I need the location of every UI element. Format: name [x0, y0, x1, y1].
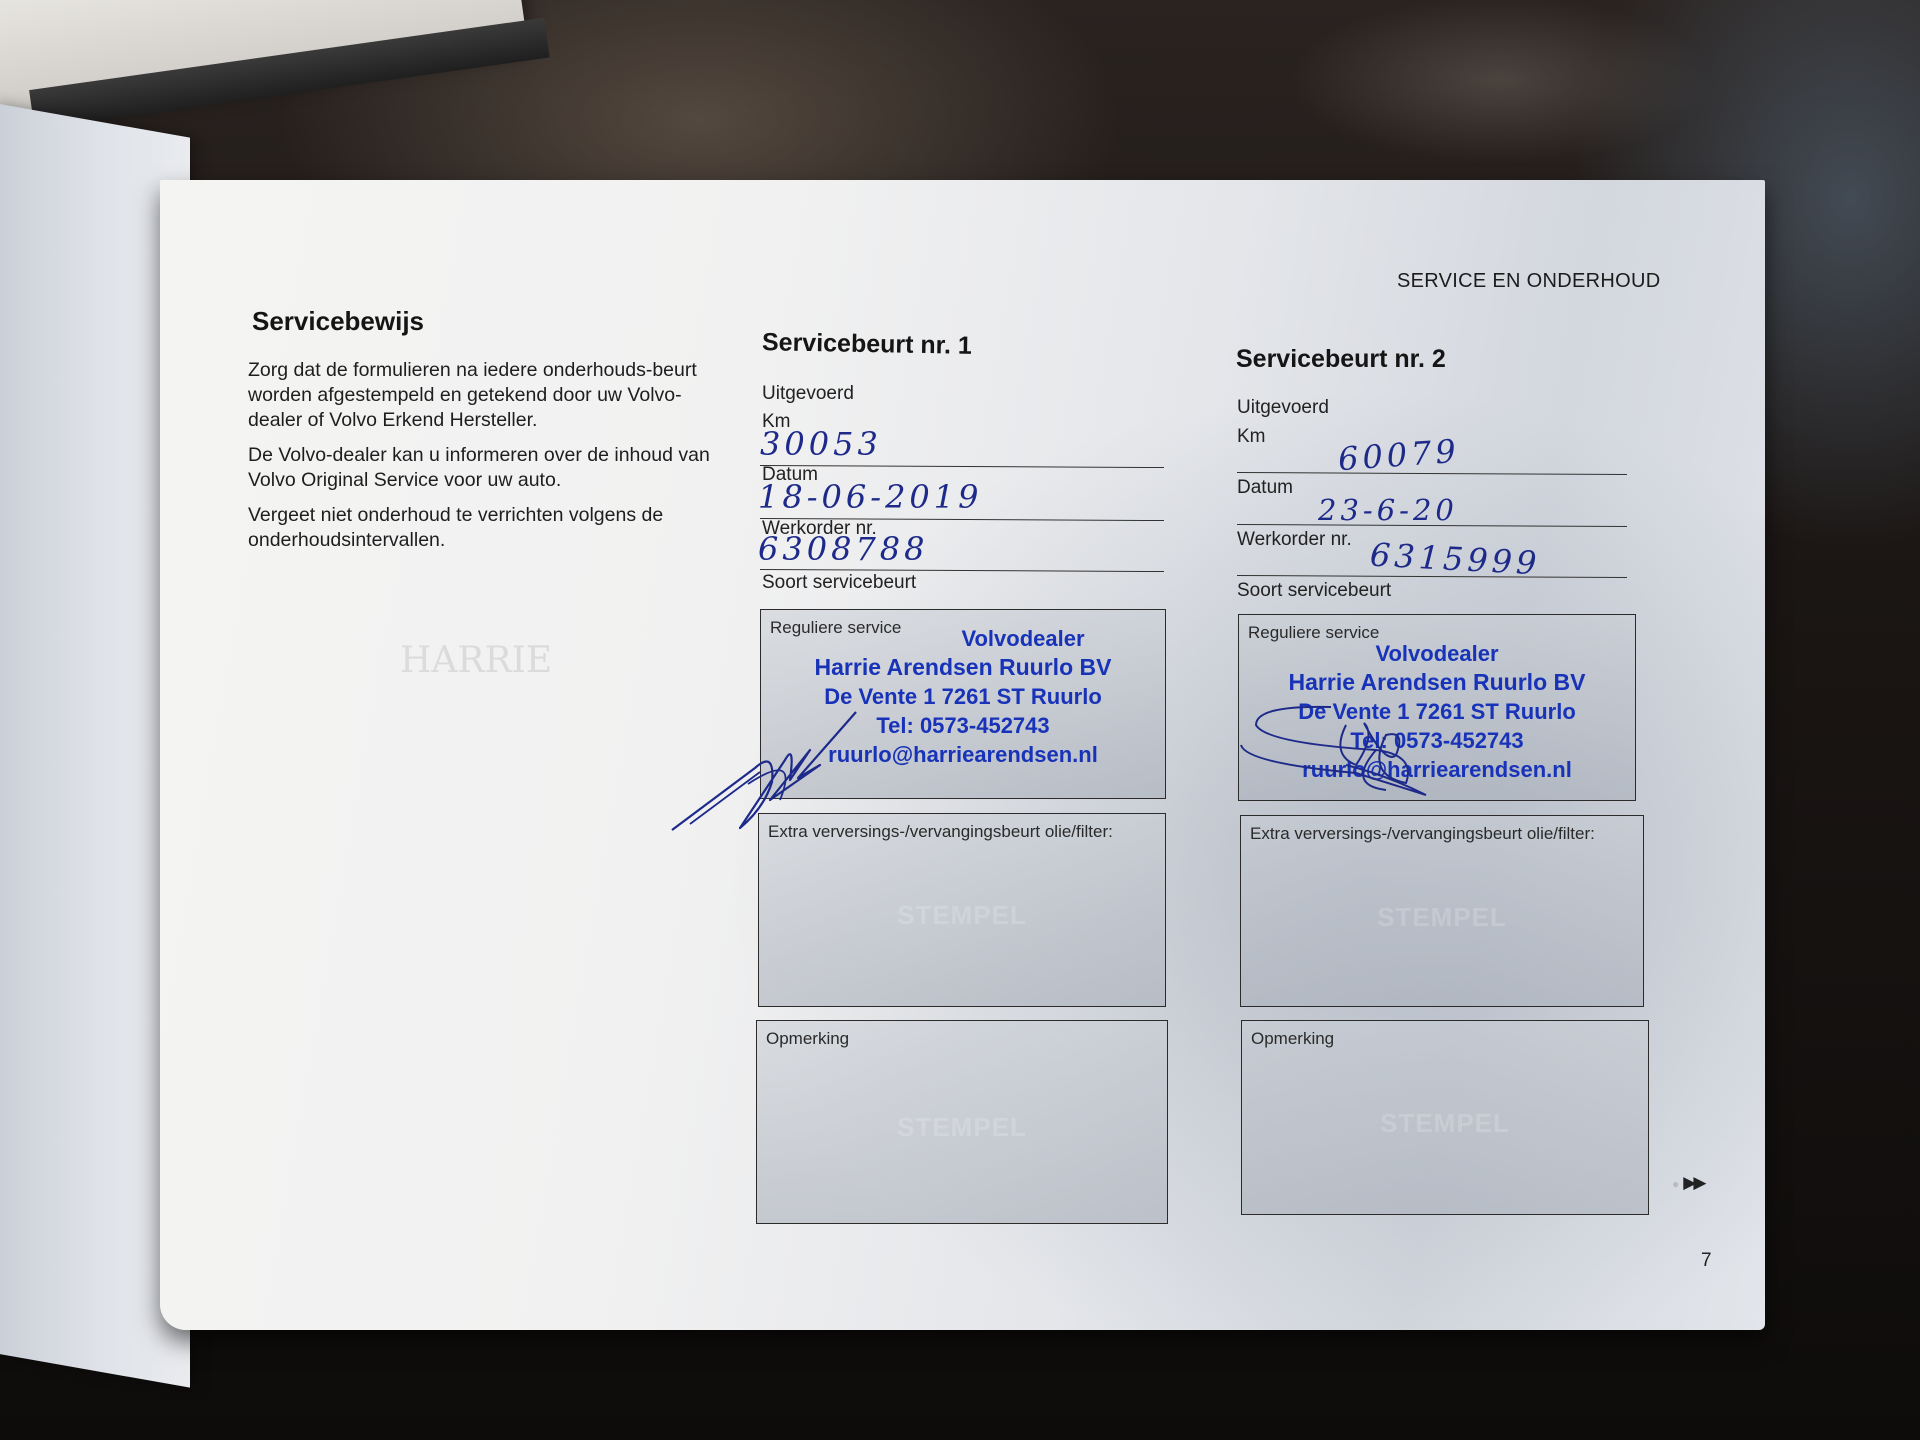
stamp-line: De Vente 1 7261 ST Ruurlo	[1239, 697, 1635, 726]
stamp-line: Tel: 0573-452743	[1239, 726, 1635, 755]
performed-label: Uitgevoerd	[762, 383, 854, 405]
stamp-watermark: STEMPEL	[1242, 1108, 1648, 1139]
stamp-box: Reguliere service Volvodealer Harrie Are…	[760, 609, 1166, 799]
extra-service-label: Extra verversings-/vervangingsbeurt olie…	[1250, 824, 1595, 844]
km-label: Km	[1237, 426, 1266, 448]
service-type-label: Soort servicebeurt	[1237, 580, 1391, 602]
remark-label: Opmerking	[766, 1029, 849, 1049]
work-order-label: Werkorder nr.	[1237, 529, 1352, 551]
stamp-line: Harrie Arendsen Ruurlo BV	[761, 653, 1165, 682]
dealer-stamp: Volvodealer Harrie Arendsen Ruurlo BV De…	[1239, 639, 1635, 784]
extra-service-box: Extra verversings-/vervangingsbeurt olie…	[1240, 815, 1644, 1007]
stamp-line: Volvodealer	[761, 624, 1165, 653]
double-arrow-right-icon: ●▶▶	[1672, 1173, 1703, 1193]
intro-paragraph: Zorg dat de formulieren na iedere onderh…	[248, 358, 718, 433]
stamp-watermark: STEMPEL	[757, 1112, 1167, 1143]
intro-text: Zorg dat de formulieren na iedere onderh…	[248, 358, 718, 563]
service-1-km-value[interactable]: 30053	[760, 425, 882, 463]
service-2-date-value[interactable]: 23-6-20	[1318, 493, 1458, 527]
remark-box: Opmerking STEMPEL	[1241, 1020, 1649, 1215]
stamp-line: De Vente 1 7261 ST Ruurlo	[761, 682, 1165, 711]
service-1-title: Servicebeurt nr. 1	[762, 328, 972, 361]
service-type-label: Soort servicebeurt	[762, 572, 916, 594]
page-title: Servicebewijs	[252, 306, 424, 337]
stamp-line: Tel: 0573-452743	[761, 711, 1165, 740]
remark-label: Opmerking	[1251, 1029, 1334, 1049]
intro-paragraph: De Volvo-dealer kan u informeren over de…	[248, 443, 718, 493]
show-through-text: HARRIE	[400, 640, 552, 681]
page-number: 7	[1701, 1250, 1712, 1272]
performed-label: Uitgevoerd	[1237, 397, 1329, 419]
intro-paragraph: Vergeet niet onderhoud te verrichten vol…	[248, 503, 718, 553]
stamp-line: Volvodealer	[1239, 639, 1635, 668]
date-label: Datum	[1237, 477, 1293, 499]
service-1-date-value[interactable]: 18-06-2019	[758, 478, 983, 516]
extra-service-box: Extra verversings-/vervangingsbeurt olie…	[758, 813, 1166, 1007]
stamp-line: ruurlo@harriearendsen.nl	[761, 740, 1165, 769]
section-header: SERVICE EN ONDERHOUD	[1397, 270, 1660, 293]
stamp-line: Harrie Arendsen Ruurlo BV	[1239, 668, 1635, 697]
service-1-work-order-value[interactable]: 6308788	[758, 530, 929, 568]
stamp-box: Reguliere service Volvodealer Harrie Are…	[1238, 614, 1636, 801]
dealer-stamp: Volvodealer Harrie Arendsen Ruurlo BV De…	[761, 624, 1165, 769]
service-2-title: Servicebeurt nr. 2	[1236, 345, 1446, 374]
stamp-watermark: STEMPEL	[1241, 902, 1643, 933]
stamp-watermark: STEMPEL	[759, 900, 1165, 931]
extra-service-label: Extra verversings-/vervangingsbeurt olie…	[768, 822, 1113, 842]
stamp-line: ruurlo@harriearendsen.nl	[1239, 755, 1635, 784]
remark-box: Opmerking STEMPEL	[756, 1020, 1168, 1224]
